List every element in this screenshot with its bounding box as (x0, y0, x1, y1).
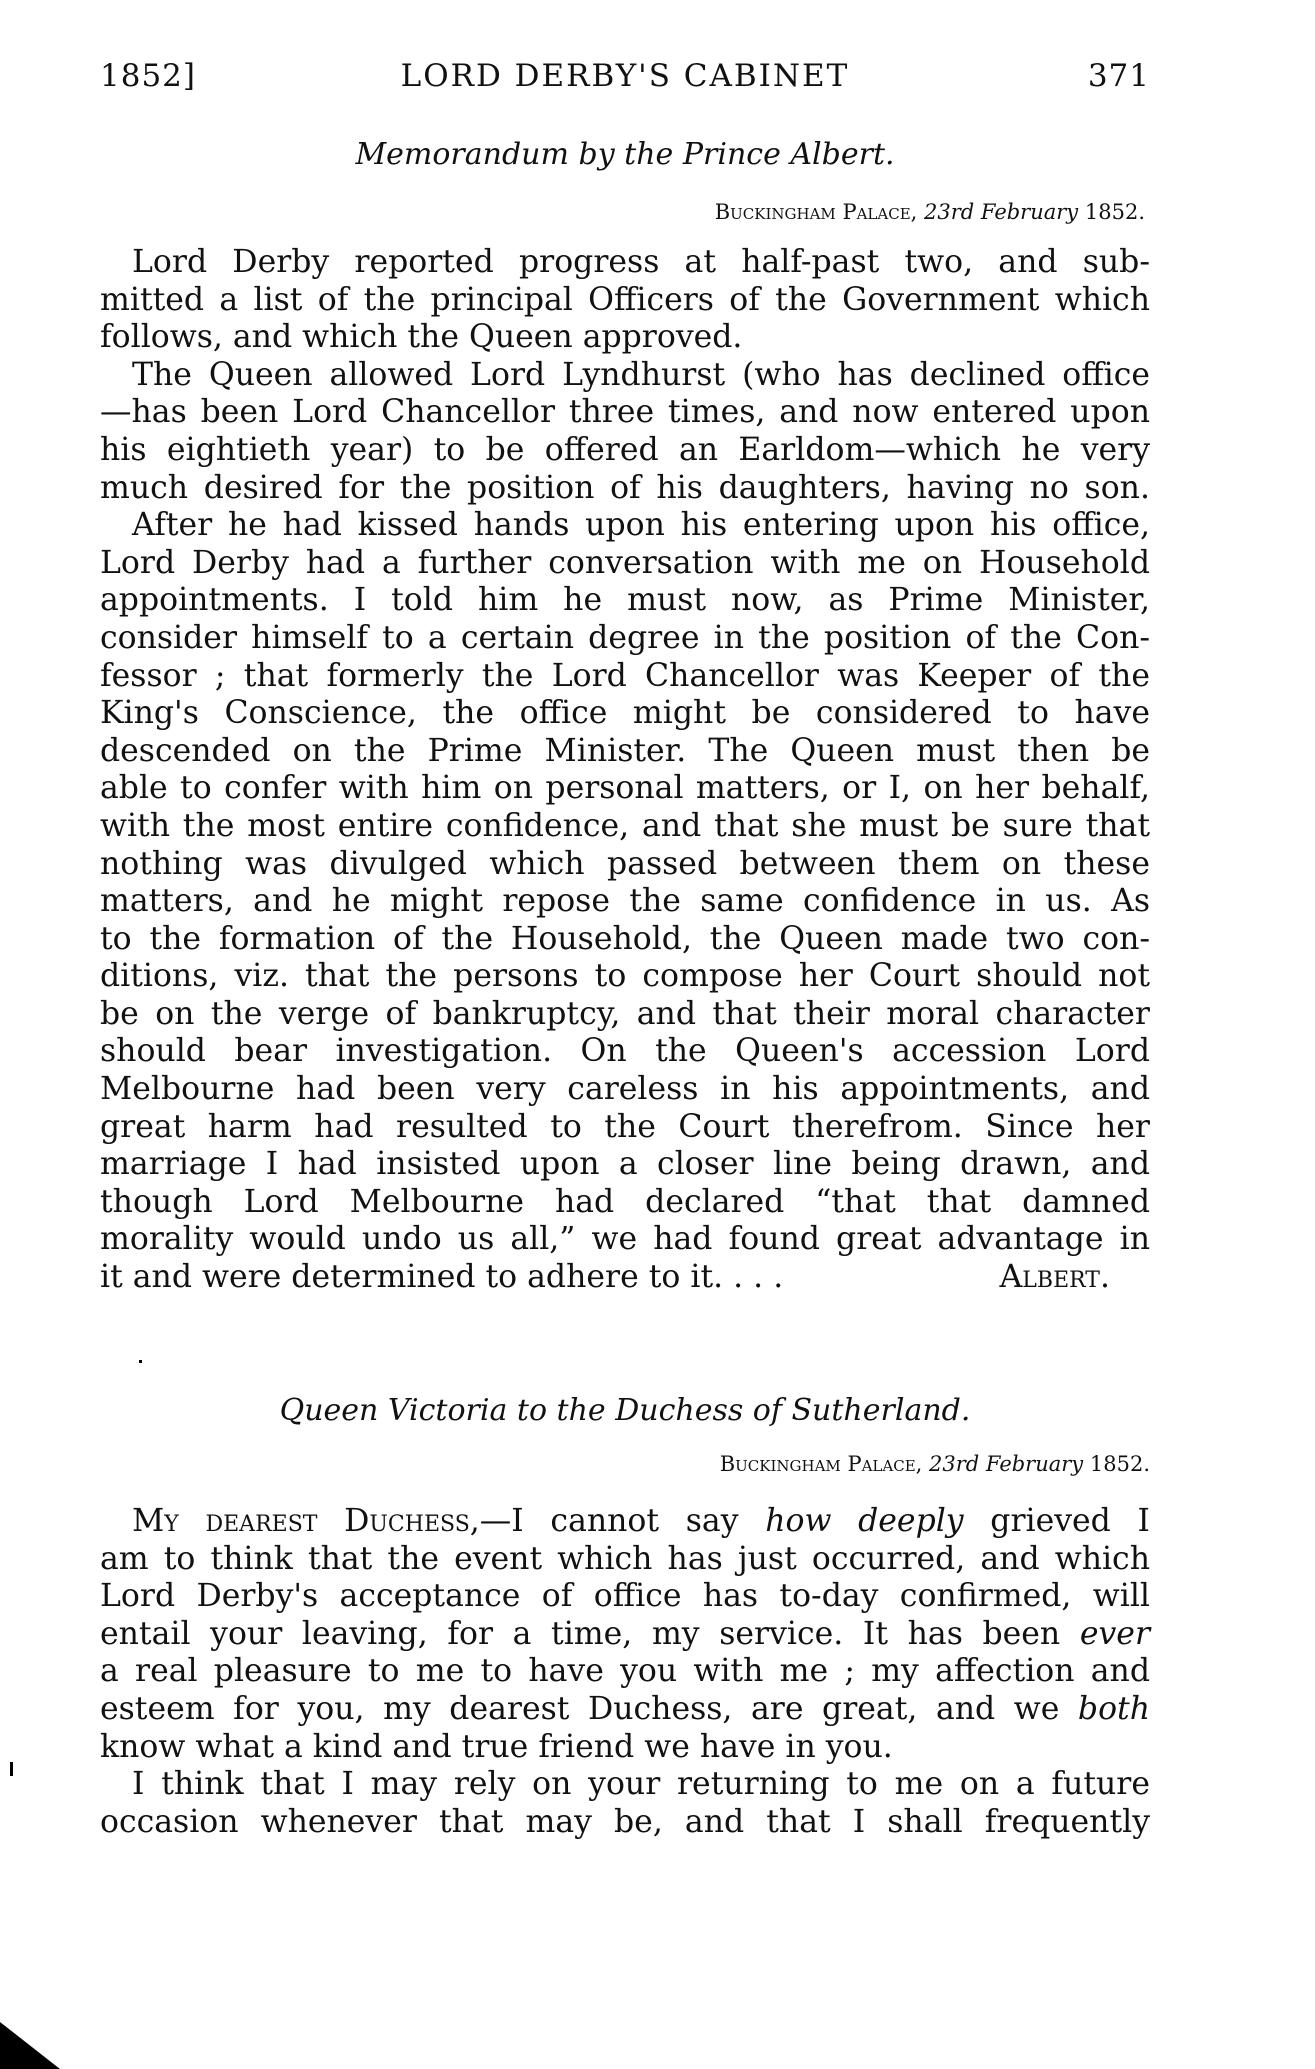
text-line: mitted a list of the principal Officers … (100, 282, 1150, 320)
text-line: Lord Derby had a further conversation wi… (100, 545, 1150, 583)
stray-mark (10, 1762, 13, 1776)
text-line: much desired for the position of his dau… (100, 470, 1150, 508)
page-number: 371 (1088, 58, 1150, 94)
dateline-year: 1852. (1085, 200, 1145, 224)
stray-mark (139, 1360, 142, 1363)
header-running-title: LORD DERBY'S CABINET (100, 58, 1150, 94)
memorandum-dateline: Buckingham Palace, 23rd February 1852. (100, 200, 1145, 224)
signature: Albert. (1000, 1259, 1110, 1297)
text-line: marriage I had insisted upon a closer li… (100, 1146, 1150, 1184)
text-line: am to think that the event which has jus… (100, 1541, 1150, 1579)
text-line: King's Conscience, the office might be c… (100, 695, 1150, 733)
text-line: Lord Derby's acceptance of office has to… (100, 1578, 1150, 1616)
letter-body: My dearest Duchess,—I cannot say how dee… (100, 1503, 1150, 1841)
memorandum-body: Lord Derby reported progress at half-pas… (100, 244, 1150, 1297)
dateline-year: 1852. (1090, 1452, 1150, 1476)
salutation: My dearest Duchess, (132, 1503, 480, 1539)
text-line: a real pleasure to me to have you with m… (100, 1653, 1150, 1691)
text-line: follows, and which the Queen approved. (100, 319, 1150, 357)
text-line: Lord Derby reported progress at half-pas… (100, 244, 1150, 282)
text-line: My dearest Duchess,—I cannot say how dee… (100, 1503, 1150, 1541)
emphasis: both (1078, 1691, 1150, 1727)
text-line: consider himself to a certain degree in … (100, 620, 1150, 658)
text-line: morality would undo us all,” we had foun… (100, 1221, 1150, 1259)
text-line: The Queen allowed Lord Lyndhurst (who ha… (100, 357, 1150, 395)
text-line: though Lord Melbourne had declared “that… (100, 1184, 1150, 1222)
page-corner-shadow (0, 2022, 60, 2069)
text-line: Melbourne had been very careless in his … (100, 1071, 1150, 1109)
text-fragment: grieved I (964, 1503, 1150, 1539)
text-line-content: it and were determined to adhere to it. … (100, 1259, 783, 1295)
emphasis: ever (1080, 1616, 1150, 1652)
text-line: entail your leaving, for a time, my serv… (100, 1616, 1150, 1654)
text-line: with the most entire confidence, and tha… (100, 808, 1150, 846)
text-line: —has been Lord Chancellor three times, a… (100, 394, 1150, 432)
text-line: be on the verge of bankruptcy, and that … (100, 996, 1150, 1034)
letter-dateline: Buckingham Palace, 23rd February 1852. (100, 1452, 1150, 1476)
book-page: 1852] LORD DERBY'S CABINET 371 Memorandu… (0, 0, 1315, 2069)
text-line: able to confer with him on personal matt… (100, 770, 1150, 808)
emphasis: how deeply (765, 1503, 963, 1539)
text-line: ditions, viz. that the persons to compos… (100, 958, 1150, 996)
text-fragment: entail your leaving, for a time, my serv… (100, 1616, 1080, 1652)
text-line: should bear investigation. On the Queen'… (100, 1033, 1150, 1071)
text-line: to the formation of the Household, the Q… (100, 921, 1150, 959)
running-head: 1852] LORD DERBY'S CABINET 371 (100, 58, 1150, 98)
dateline-date: 23rd February (929, 1452, 1083, 1476)
text-line: matters, and he might repose the same co… (100, 883, 1150, 921)
letter-title: Queen Victoria to the Duchess of Sutherl… (100, 1393, 1150, 1428)
text-line: descended on the Prime Minister. The Que… (100, 733, 1150, 771)
text-line: After he had kissed hands upon his enter… (100, 507, 1150, 545)
text-line-final: it and were determined to adhere to it. … (100, 1259, 1150, 1297)
text-line: nothing was divulged which passed betwee… (100, 846, 1150, 884)
text-line: his eightieth year) to be offered an Ear… (100, 432, 1150, 470)
text-line: I think that I may rely on your returnin… (100, 1766, 1150, 1804)
memorandum-title: Memorandum by the Prince Albert. (100, 137, 1150, 172)
text-line: esteem for you, my dearest Duchess, are … (100, 1691, 1150, 1729)
text-line: occasion whenever that may be, and that … (100, 1804, 1150, 1842)
dateline-place: Buckingham Palace, (720, 1452, 923, 1476)
text-line: appointments. I told him he must now, as… (100, 582, 1150, 620)
text-fragment: esteem for you, my dearest Duchess, are … (100, 1691, 1078, 1727)
dateline-date: 23rd February (924, 200, 1078, 224)
text-line: great harm had resulted to the Court the… (100, 1109, 1150, 1147)
dateline-place: Buckingham Palace, (715, 200, 918, 224)
text-line: fessor ; that formerly the Lord Chancell… (100, 658, 1150, 696)
text-line: know what a kind and true friend we have… (100, 1729, 1150, 1767)
text-fragment: —I cannot say (480, 1503, 765, 1539)
